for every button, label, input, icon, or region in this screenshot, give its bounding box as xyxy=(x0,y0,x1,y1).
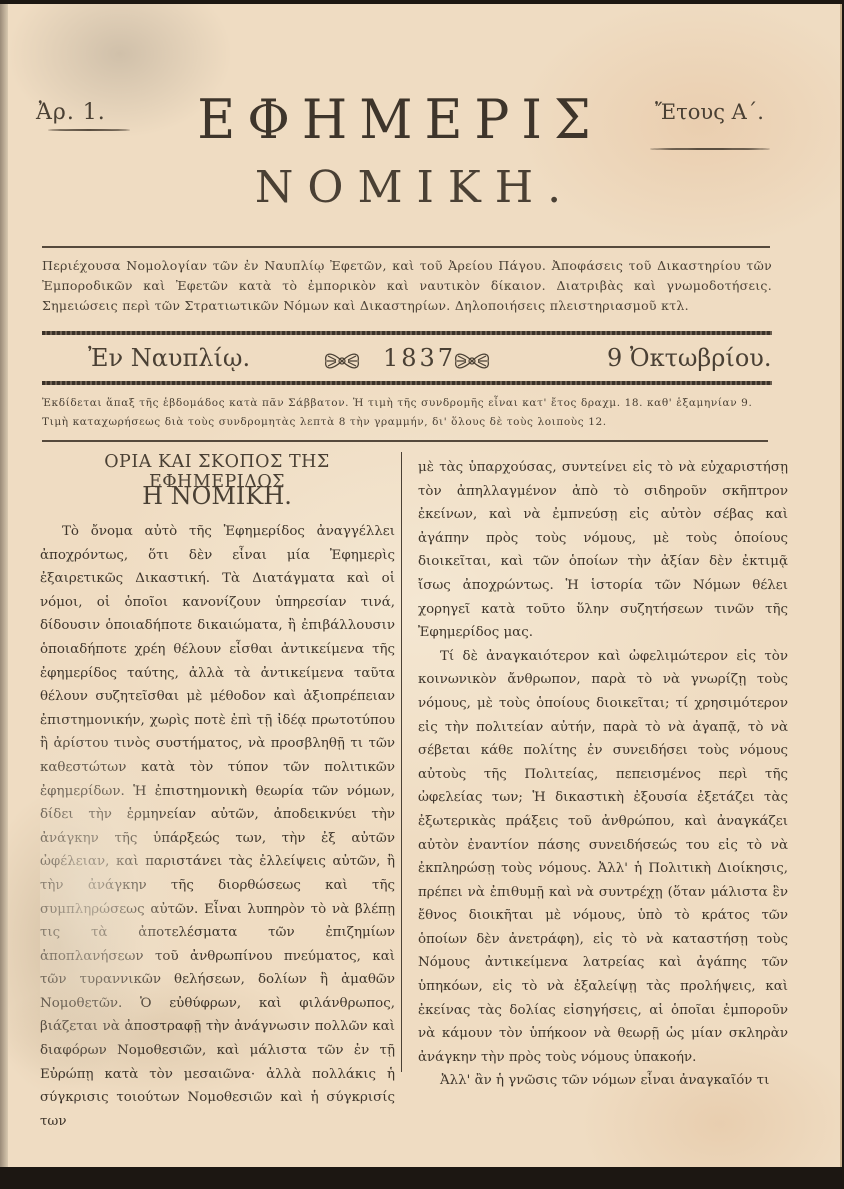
divider-rule-thick xyxy=(42,331,772,335)
article-right-column: μὲ τὰς ὑπαρχούσας, συντείνει εἰς τὸ νὰ ε… xyxy=(418,456,788,1093)
masthead-subtitle: ΝΟΜΙΚΗ. xyxy=(240,162,590,213)
article-subtitle: Η ΝΟΜΙΚΗ. xyxy=(36,482,398,510)
divider-rule xyxy=(42,246,770,248)
palmette-ornament-icon xyxy=(452,348,492,374)
paragraph: Τὸ ὄνομα αὐτὸ τῆς Ἐφημερίδος ἀναγγέλλει … xyxy=(40,520,395,1133)
palmette-ornament-icon xyxy=(322,348,362,374)
masthead-title: ΕΦΗΜΕΡΙΣ xyxy=(180,89,620,152)
newspaper-page: Ἀρ. 1. ΕΦΗΜΕΡΙΣ Ἔτους Α΄. ΝΟΜΙΚΗ. Περιέχ… xyxy=(0,4,842,1167)
issue-number: Ἀρ. 1. xyxy=(36,100,106,125)
paragraph: Τί δὲ ἀναγκαιότερον καὶ ὠφελιμώτερον εἰς… xyxy=(418,645,788,1070)
paragraph: Ἀλλ' ἂν ἡ γνῶσις τῶν νόμων εἶναι ἀναγκαῖ… xyxy=(418,1069,788,1093)
page-spine-shadow xyxy=(0,4,8,1167)
issue-number-underline xyxy=(48,129,130,131)
subscription-info: Ἐκδίδεται ἅπαξ τῆς ἑβδομάδος κατὰ πᾶν Σά… xyxy=(42,394,772,432)
article-left-column: Τὸ ὄνομα αὐτὸ τῆς Ἐφημερίδος ἀναγγέλλει … xyxy=(40,520,395,1133)
paragraph: μὲ τὰς ὑπαρχούσας, συντείνει εἰς τὸ νὰ ε… xyxy=(418,456,788,645)
year-label: Ἔτους Α΄. xyxy=(655,100,764,124)
column-divider xyxy=(401,452,402,1072)
year-label-underline xyxy=(650,148,770,150)
contents-description: Περιέχουσα Νομολογίαν τῶν ἐν Ναυπλίῳ Ἐφε… xyxy=(42,256,772,316)
divider-rule-thick xyxy=(42,381,772,385)
dateline-year: 1837 xyxy=(383,344,456,372)
dateline-date: 9 Ὀκτωβρίου. xyxy=(607,344,771,372)
divider-rule xyxy=(42,440,768,442)
dateline-place: Ἐν Ναυπλίῳ. xyxy=(88,344,250,372)
